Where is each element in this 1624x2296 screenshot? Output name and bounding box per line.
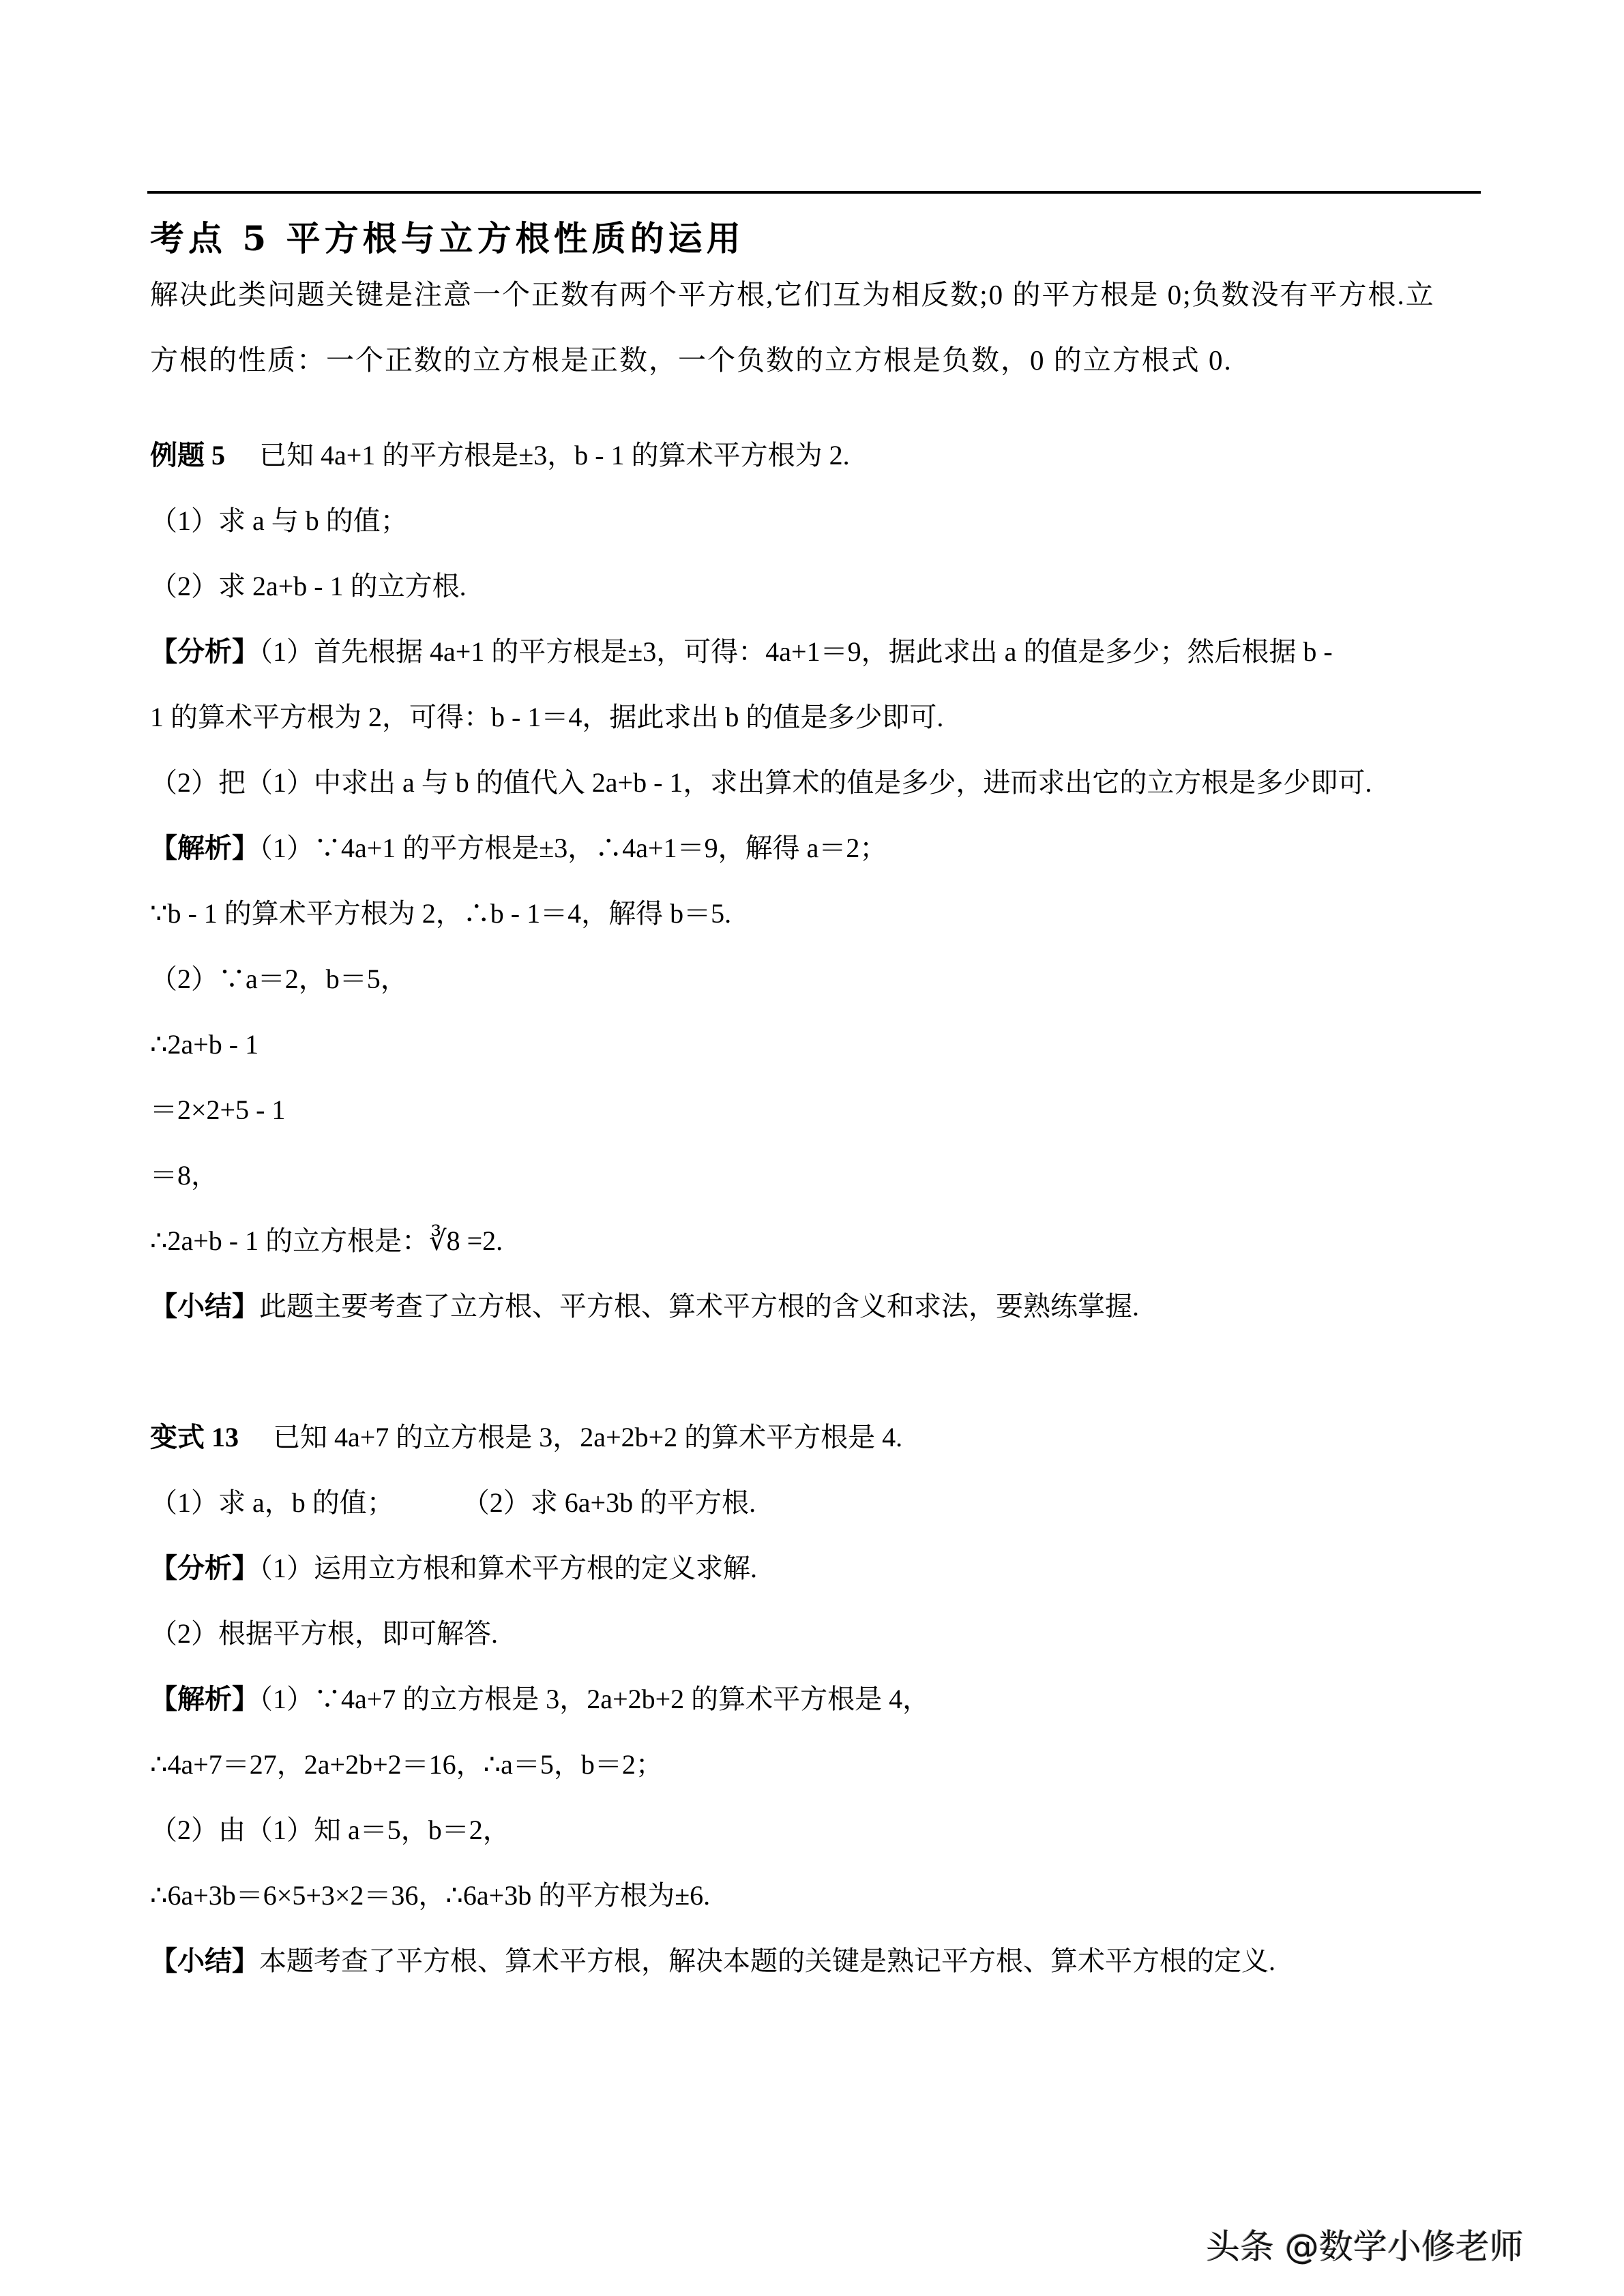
analysis-label: 【分析】	[150, 1553, 259, 1583]
variant13-solution-line-3: （2）由（1）知 a＝5，b＝2，	[150, 1814, 510, 1847]
example5-solution-line-2: ∵b - 1 的算术平方根为 2，∴b - 1＝4，解得 b＝5.	[150, 897, 731, 930]
example5-question-line: 例题 5已知 4a+1 的平方根是±3，b - 1 的算术平方根为 2.	[150, 439, 850, 472]
intro-line-1: 解决此类问题关键是注意一个正数有两个平方根,它们互为相反数;0 的平方根是 0;…	[150, 278, 1435, 311]
variant13-analysis-line-1: 【分析】（1）运用立方根和算术平方根的定义求解.	[150, 1552, 757, 1585]
analysis-label: 【分析】	[150, 636, 259, 667]
example5-question: 已知 4a+1 的平方根是±3，b - 1 的算术平方根为 2.	[259, 440, 850, 471]
variant13-label: 变式 13	[150, 1422, 239, 1452]
variant13-question: 已知 4a+7 的立方根是 3，2a+2b+2 的算术平方根是 4.	[273, 1422, 902, 1452]
example5-solution-line-4: ∴2a+b - 1	[150, 1028, 259, 1061]
example5-solution-line-3: （2）∵a＝2，b＝5，	[150, 963, 408, 996]
summary-label: 【小结】	[150, 1945, 259, 1976]
example5-part-2: （2）求 2a+b - 1 的立方根.	[150, 570, 467, 603]
section-title: 考点 5 平方根与立方根性质的运用	[150, 211, 745, 260]
variant13-question-line: 变式 13已知 4a+7 的立方根是 3，2a+2b+2 的算术平方根是 4.	[150, 1421, 902, 1454]
variant13-summary-line: 【小结】本题考查了平方根、算术平方根，解决本题的关键是熟记平方根、算术平方根的定…	[150, 1945, 1275, 1978]
example5-solution-line-7: ∴2a+b - 1 的立方根是：∛8 =2.	[150, 1225, 503, 1257]
header-rule	[147, 191, 1481, 194]
solution-text: （1）∵4a+1 的平方根是±3，∴4a+1＝9，解得 a＝2；	[259, 833, 887, 863]
example5-solution-line-6: ＝8，	[150, 1159, 218, 1192]
solution-label: 【解析】	[150, 833, 259, 863]
example5-analysis-line-1: 【分析】（1）首先根据 4a+1 的平方根是±3，可得：4a+1＝9，据此求出 …	[150, 636, 1333, 668]
watermark: 头条 @数学小修老师	[1206, 2220, 1524, 2269]
variant13-analysis-line-2: （2）根据平方根，即可解答.	[150, 1617, 498, 1650]
example5-summary-line: 【小结】此题主要考查了立方根、平方根、算术平方根的含义和求法，要熟练掌握.	[150, 1290, 1139, 1323]
variant13-parts-line: （1）求 a，b 的值；（2）求 6a+3b 的平方根.	[150, 1487, 756, 1519]
variant13-part-1: （1）求 a，b 的值；	[150, 1487, 394, 1518]
variant13-solution-line-1: 【解析】（1）∵4a+7 的立方根是 3，2a+2b+2 的算术平方根是 4，	[150, 1683, 930, 1716]
variant13-solution-line-2: ∴4a+7＝27，2a+2b+2＝16，∴a＝5，b＝2；	[150, 1748, 663, 1781]
example5-part-1: （1）求 a 与 b 的值；	[150, 505, 408, 537]
analysis-text: （1）首先根据 4a+1 的平方根是±3，可得：4a+1＝9，据此求出 a 的值…	[259, 636, 1333, 667]
variant13-solution-line-4: ∴6a+3b＝6×5+3×2＝36，∴6a+3b 的平方根为±6.	[150, 1879, 710, 1912]
analysis-text: （1）运用立方根和算术平方根的定义求解.	[259, 1553, 757, 1583]
example5-label: 例题 5	[150, 440, 225, 471]
intro-line-2: 方根的性质：一个正数的立方根是正数，一个负数的立方根是负数，0 的立方根式 0.	[150, 344, 1232, 376]
example5-solution-line-1: 【解析】（1）∵4a+1 的平方根是±3，∴4a+1＝9，解得 a＝2；	[150, 832, 887, 865]
variant13-part-2: （2）求 6a+3b 的平方根.	[462, 1487, 756, 1518]
solution-text: （1）∵4a+7 的立方根是 3，2a+2b+2 的算术平方根是 4，	[259, 1684, 930, 1714]
example5-analysis-line-3: （2）把（1）中求出 a 与 b 的值代入 2a+b - 1，求出算术的值是多少…	[150, 766, 1372, 799]
summary-label: 【小结】	[150, 1291, 259, 1322]
summary-text: 本题考查了平方根、算术平方根，解决本题的关键是熟记平方根、算术平方根的定义.	[259, 1945, 1275, 1976]
summary-text: 此题主要考查了立方根、平方根、算术平方根的含义和求法，要熟练掌握.	[259, 1291, 1139, 1322]
example5-solution-line-5: ＝2×2+5 - 1	[150, 1094, 285, 1127]
example5-analysis-line-2: 1 的算术平方根为 2，可得：b - 1＝4，据此求出 b 的值是多少即可.	[150, 701, 943, 734]
solution-label: 【解析】	[150, 1684, 259, 1714]
